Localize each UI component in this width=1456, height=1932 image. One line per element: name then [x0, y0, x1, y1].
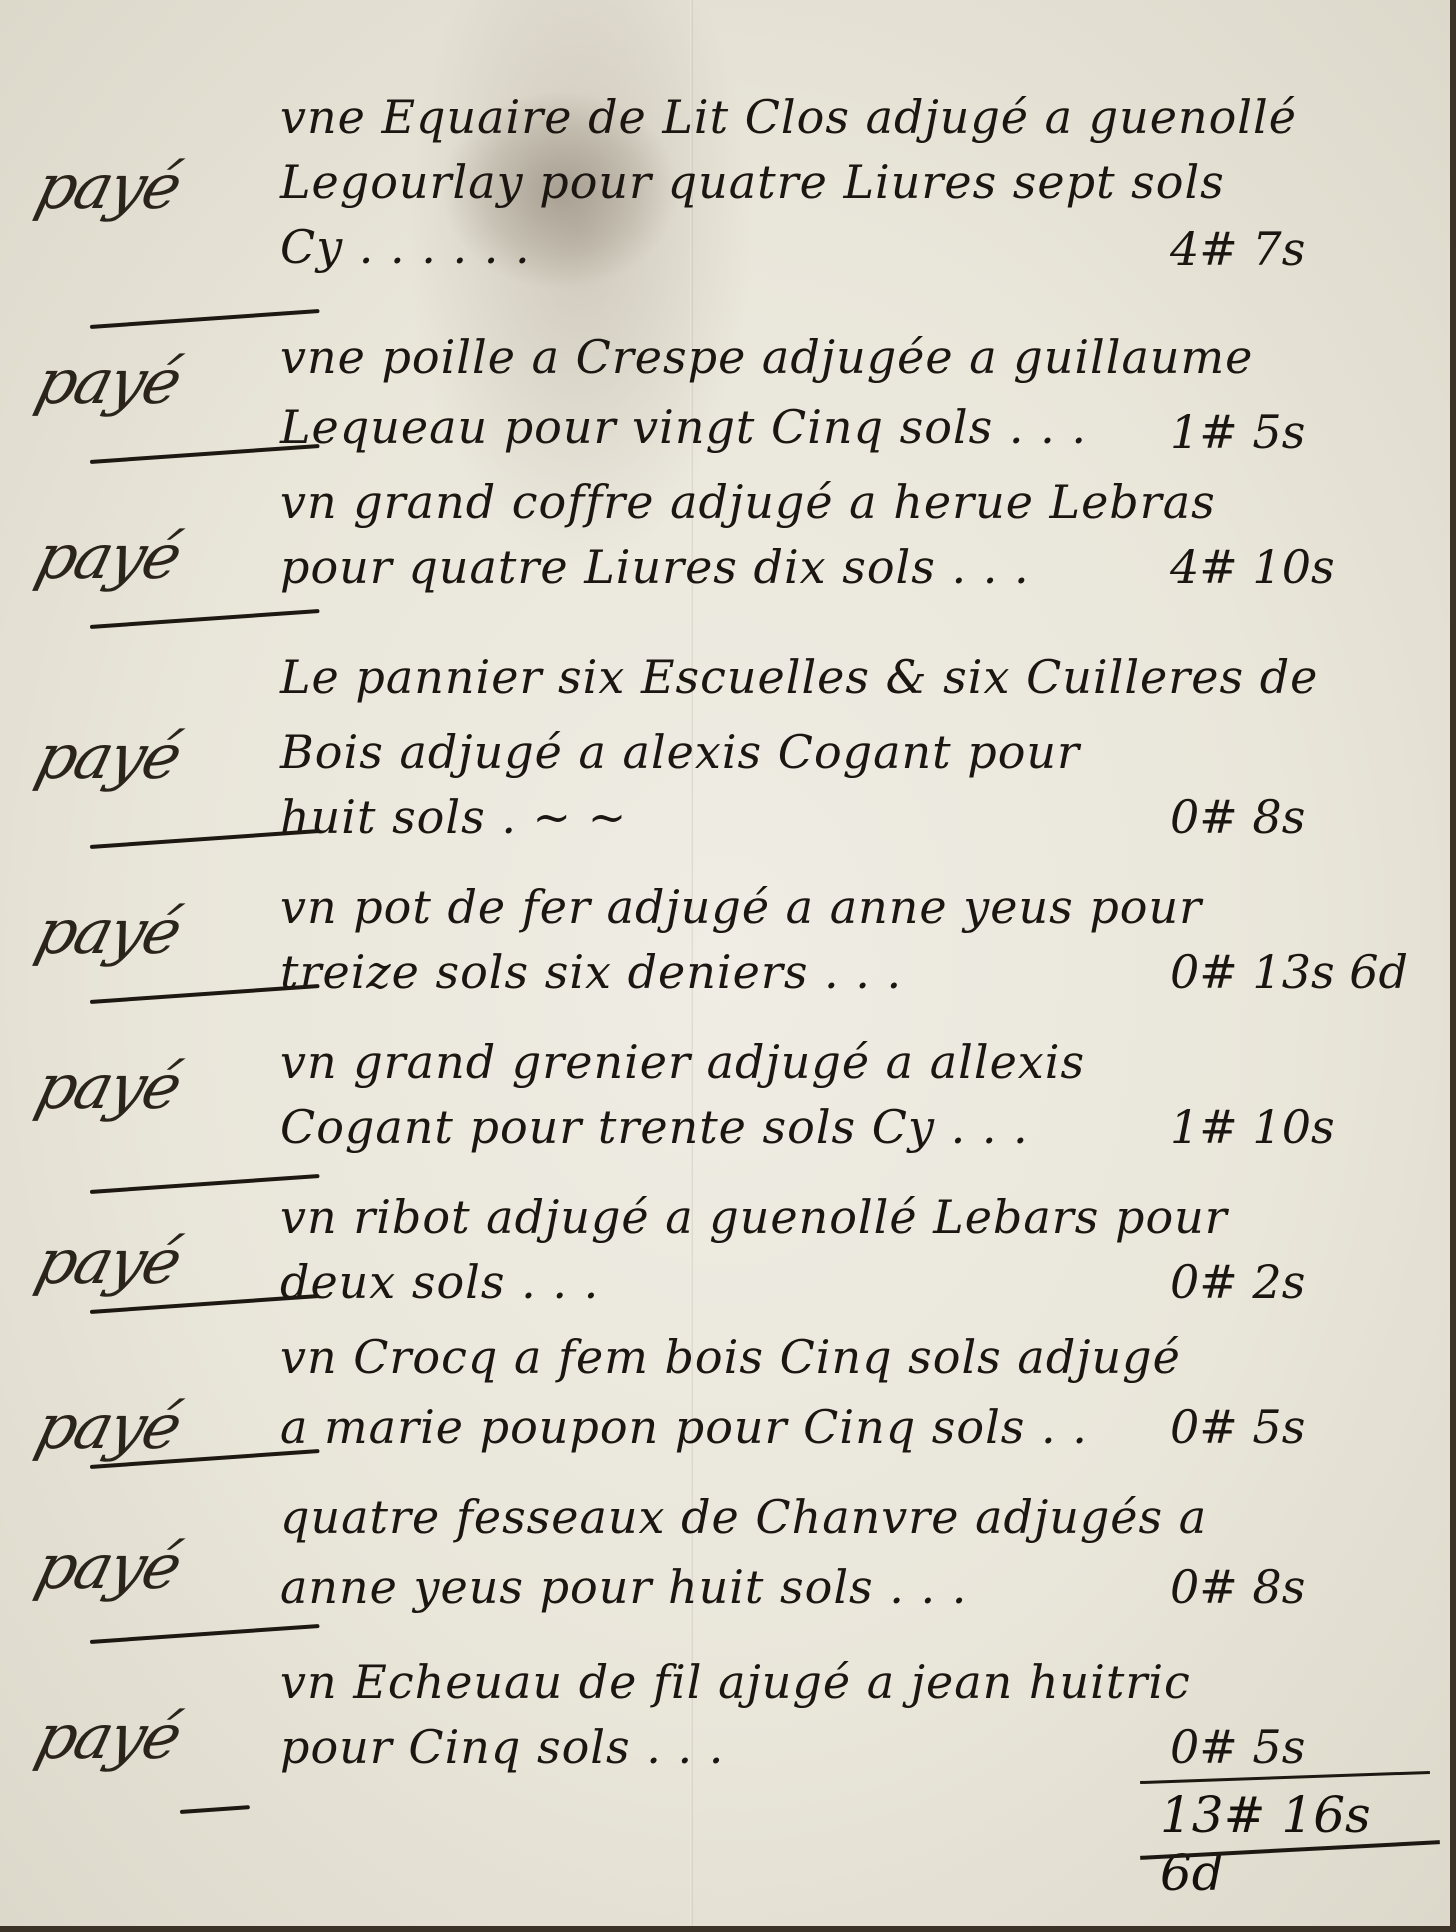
- entry-line: vn Echeuau de fil ajugé a jean huitric: [280, 1655, 1191, 1709]
- entry-amount: 0# 13s 6d: [1170, 945, 1408, 999]
- entry-line: vne Equaire de Lit Clos adjugé a guenoll…: [280, 90, 1297, 144]
- entry-line: Cogant pour trente sols Cy . . .: [280, 1100, 1029, 1154]
- entry-line: pour quatre Liures dix sols . . .: [280, 540, 1030, 594]
- entry-line: Le pannier six Escuelles & six Cuilleres…: [280, 650, 1318, 704]
- paid-mark: payé: [29, 720, 188, 793]
- entry-line: deux sols . . .: [280, 1255, 599, 1309]
- entry-line: vn Crocq a fem bois Cinq sols adjugé: [280, 1330, 1181, 1384]
- entry-amount: 0# 8s: [1170, 790, 1305, 844]
- entry-line: a marie poupon pour Cinq sols . .: [280, 1400, 1088, 1454]
- paid-mark: payé: [29, 1700, 188, 1773]
- entry-line: huit sols . ~ ~: [280, 790, 627, 844]
- paid-mark: payé: [29, 1050, 188, 1123]
- entry-divider: [90, 609, 320, 629]
- entry-amount: 1# 10s: [1170, 1100, 1335, 1154]
- paid-mark: payé: [29, 1225, 188, 1298]
- entry-line: pour Cinq sols . . .: [280, 1720, 724, 1774]
- paid-mark: payé: [29, 520, 188, 593]
- paid-mark: payé: [29, 895, 188, 968]
- entry-line: Bois adjugé a alexis Cogant pour: [280, 725, 1080, 779]
- entry-line: vn pot de fer adjugé a anne yeus pour: [280, 880, 1202, 934]
- entry-line: Lequeau pour vingt Cinq sols . . .: [280, 400, 1087, 454]
- entry-amount: 4# 7s: [1170, 222, 1305, 276]
- ledger-page: payé vne Equaire de Lit Clos adjugé a gu…: [0, 0, 1456, 1932]
- entry-divider: [90, 1624, 320, 1644]
- entry-line: Cy . . . . . .: [280, 220, 531, 274]
- ledger-total: 13# 16s 6d: [1140, 1776, 1440, 1856]
- entry-amount: 1# 5s: [1170, 405, 1305, 459]
- entry-amount: 0# 5s: [1170, 1400, 1305, 1454]
- entry-line: treize sols six deniers . . .: [280, 945, 902, 999]
- entry-line: quatre fesseaux de Chanvre adjugés a: [280, 1490, 1207, 1544]
- paid-mark: payé: [29, 1390, 188, 1463]
- entry-amount: 0# 5s: [1170, 1720, 1305, 1774]
- paid-mark: payé: [29, 345, 188, 418]
- entry-line: Legourlay pour quatre Liures sept sols: [280, 155, 1225, 209]
- entry-amount: 0# 8s: [1170, 1560, 1305, 1614]
- entry-divider: [90, 309, 320, 329]
- entry-line: vn ribot adjugé a guenollé Lebars pour: [280, 1190, 1228, 1244]
- entry-line: vn grand coffre adjugé a herue Lebras: [280, 475, 1216, 529]
- paid-mark: payé: [29, 1530, 188, 1603]
- entry-line: vn grand grenier adjugé a allexis: [280, 1035, 1085, 1089]
- paid-mark: payé: [29, 150, 188, 223]
- entry-line: vne poille a Crespe adjugée a guillaume: [280, 330, 1253, 384]
- entry-line: anne yeus pour huit sols . . .: [280, 1560, 967, 1614]
- entry-amount: 4# 10s: [1170, 540, 1335, 594]
- entry-amount: 0# 2s: [1170, 1255, 1305, 1309]
- entry-divider: [180, 1805, 250, 1814]
